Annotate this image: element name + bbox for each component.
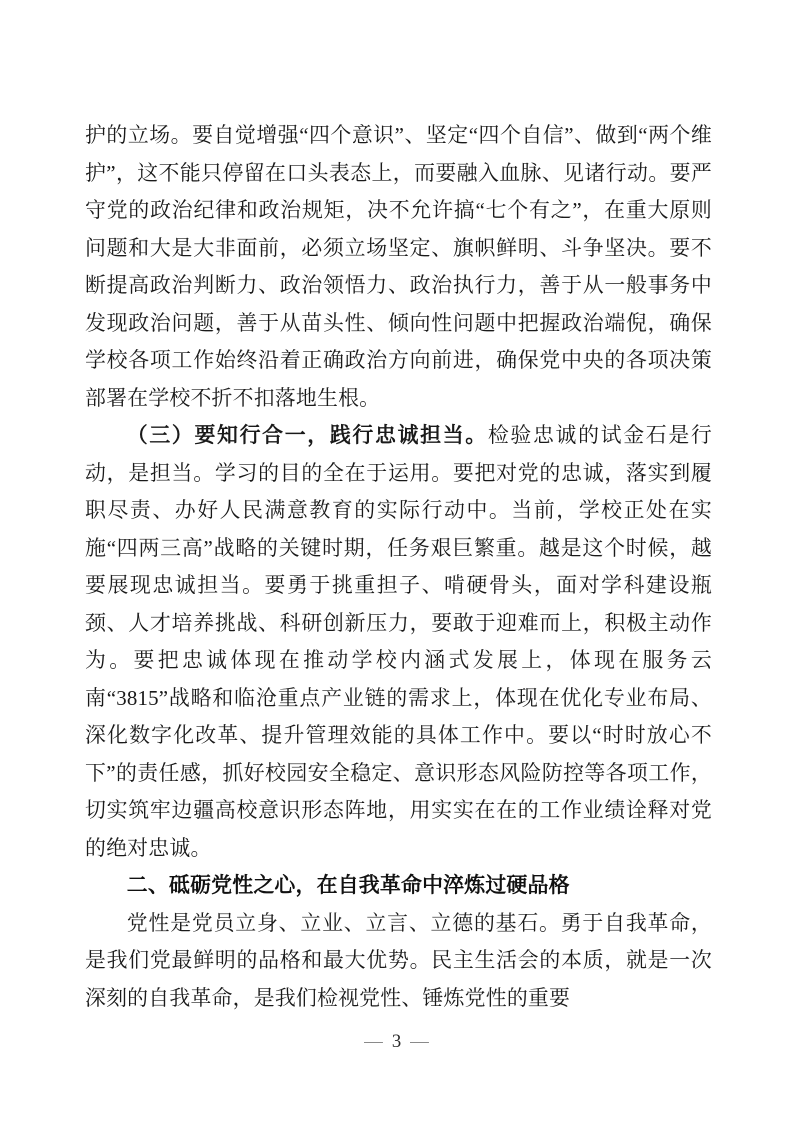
page-number: 3 [392, 1031, 401, 1052]
section-heading-2: 二、砥砺党性之心，在自我革命中淬炼过硬品格 [85, 867, 712, 905]
paragraph-political-stance-continuation: 护的立场。要自觉增强“四个意识”、坚定“四个自信”、做到“两个维护”，这不能只停… [85, 117, 712, 417]
paragraph-lead-bold: （三）要知行合一，践行忠诚担当。 [127, 423, 488, 447]
page-footer: —3— [0, 1031, 793, 1053]
paragraph-loyalty-body: 检验忠诚的试金石是行动，是担当。学习的目的全在于运用。要把对党的忠诚，落实到履职… [85, 423, 712, 860]
paragraph-loyalty-section3: （三）要知行合一，践行忠诚担当。检验忠诚的试金石是行动，是担当。学习的目的全在于… [85, 417, 712, 867]
paragraph-party-spirit: 党性是党员立身、立业、立言、立德的基石。勇于自我革命，是我们党最鲜明的品格和最大… [85, 905, 712, 1018]
footer-dash-right: — [410, 1031, 429, 1052]
footer-dash-left: — [364, 1031, 383, 1052]
document-page: 护的立场。要自觉增强“四个意识”、坚定“四个自信”、做到“两个维护”，这不能只停… [0, 0, 793, 1122]
document-body: 护的立场。要自觉增强“四个意识”、坚定“四个自信”、做到“两个维护”，这不能只停… [85, 117, 712, 1017]
